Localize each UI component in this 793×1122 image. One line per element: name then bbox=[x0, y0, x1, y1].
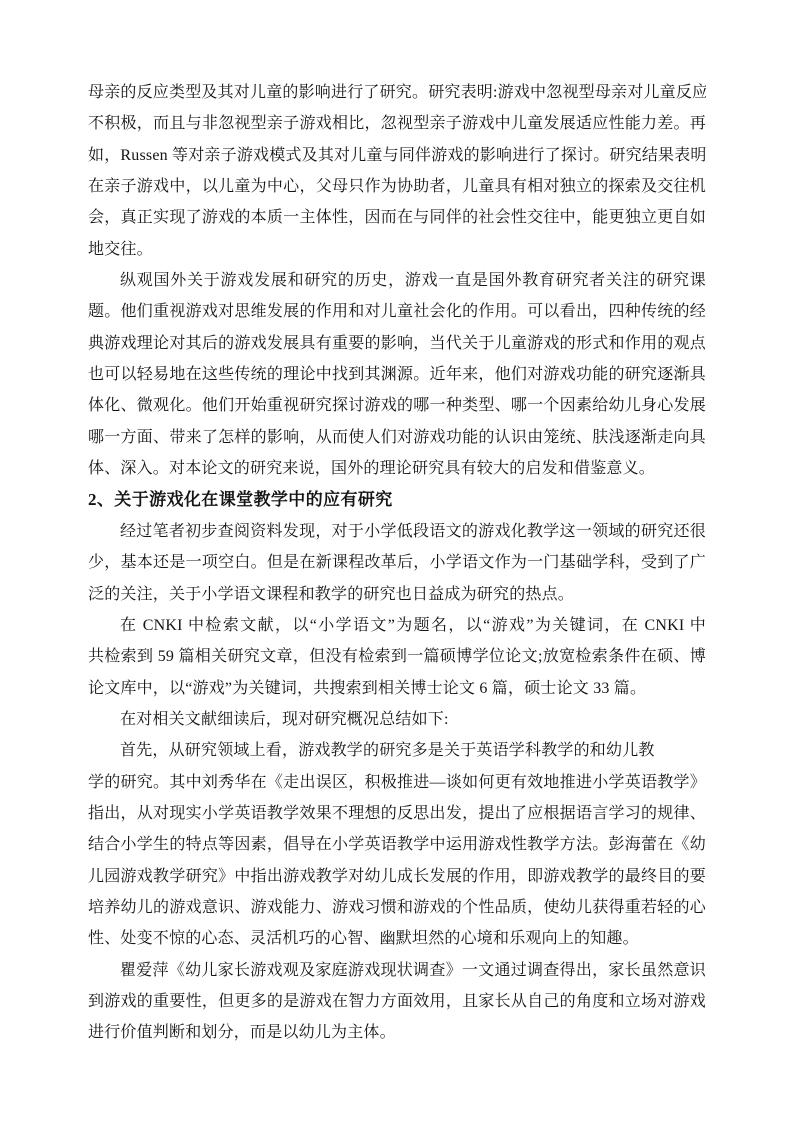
text-line: 到游戏的重要性，但更多的是游戏在智力方面效用，且家长从自己的角度和立场对游戏 bbox=[88, 986, 706, 1017]
text-line: 不积极，而且与非忽视型亲子游戏相比，忽视型亲子游戏中儿童发展适应性能力差。再 bbox=[88, 108, 706, 139]
text-line: 结合小学生的特点等因素，倡导在小学英语教学中运用游戏性教学方法。彭海蕾在《幼 bbox=[88, 829, 706, 860]
text-line: 体化、微观化。他们开始重视研究探讨游戏的哪一种类型、哪一个因素给幼儿身心发展 bbox=[88, 390, 706, 421]
document-body: 母亲的反应类型及其对儿童的影响进行了研究。研究表明:游戏中忽视型母亲对儿童反应不… bbox=[88, 77, 706, 1049]
text-line: 进行价值判断和划分，而是以幼儿为主体。 bbox=[88, 1017, 706, 1048]
text-line: 会，真正实现了游戏的本质一主体性，因而在与同伴的社会性交往中，能更独立更自如 bbox=[88, 202, 706, 233]
text-line: 性、处变不惊的心态、灵活机巧的心智、幽默坦然的心境和乐观向上的知趣。 bbox=[88, 923, 706, 954]
section-heading: 2、关于游戏化在课堂教学中的应有研究 bbox=[88, 484, 706, 515]
text-line: 纵观国外关于游戏发展和研究的历史，游戏一直是国外教育研究者关注的研究课 bbox=[88, 265, 706, 296]
text-line: 题。他们重视游戏对思维发展的作用和对儿童社会化的作用。可以看出，四种传统的经 bbox=[88, 296, 706, 327]
text-line: 在对相关文献细读后，现对研究概况总结如下: bbox=[88, 704, 706, 735]
text-line: 共检索到 59 篇相关研究文章，但没有检索到一篇硕博学位论文;放宽检索条件在硕、… bbox=[88, 641, 706, 672]
text-line: 经过笔者初步查阅资料发现，对于小学低段语文的游戏化教学这一领域的研究还很 bbox=[88, 516, 706, 547]
text-line: 在亲子游戏中，以儿童为中心，父母只作为协助者，儿童具有相对独立的探索及交往机 bbox=[88, 171, 706, 202]
text-line: 体、深入。对本论文的研究来说，国外的理论研究具有较大的启发和借鉴意义。 bbox=[88, 453, 706, 484]
text-line: 论文库中，以“游戏”为关键词，共搜索到相关博士论文 6 篇，硕士论文 33 篇。 bbox=[88, 673, 706, 704]
document-page: 母亲的反应类型及其对儿童的影响进行了研究。研究表明:游戏中忽视型母亲对儿童反应不… bbox=[0, 0, 793, 1122]
text-line: 哪一方面、带来了怎样的影响，从而使人们对游戏功能的认识由笼统、肤浅逐渐走向具 bbox=[88, 422, 706, 453]
text-line: 少，基本还是一项空白。但是在新课程改革后，小学语文作为一门基础学科，受到了广 bbox=[88, 547, 706, 578]
text-line: 母亲的反应类型及其对儿童的影响进行了研究。研究表明:游戏中忽视型母亲对儿童反应 bbox=[88, 77, 706, 108]
text-line: 泛的关注，关于小学语文课程和教学的研究也日益成为研究的热点。 bbox=[88, 579, 706, 610]
text-line: 如，Russen 等对亲子游戏模式及其对儿童与同伴游戏的影响进行了探讨。研究结果… bbox=[88, 140, 706, 171]
text-line: 也可以轻易地在这些传统的理论中找到其渊源。近年来，他们对游戏功能的研究逐渐具 bbox=[88, 359, 706, 390]
text-line: 指出，从对现实小学英语教学效果不理想的反思出发，提出了应根据语言学习的规律、 bbox=[88, 798, 706, 829]
text-line: 在 CNKI 中检索文献，以“小学语文”为题名，以“游戏”为关键词，在 CNKI… bbox=[88, 610, 706, 641]
text-line: 首先，从研究领域上看，游戏教学的研究多是关于英语学科教学的和幼儿教 bbox=[88, 735, 706, 766]
text-line: 培养幼儿的游戏意识、游戏能力、游戏习惯和游戏的个性品质，使幼儿获得重若轻的心 bbox=[88, 892, 706, 923]
text-line: 地交往。 bbox=[88, 234, 706, 265]
text-line: 瞿爱萍《幼儿家长游戏观及家庭游戏现状调查》一文通过调查得出，家长虽然意识 bbox=[88, 955, 706, 986]
text-line: 儿园游戏教学研究》中指出游戏教学对幼儿成长发展的作用，即游戏教学的最终目的要 bbox=[88, 861, 706, 892]
text-line: 典游戏理论对其后的游戏发展具有重要的影响，当代关于儿童游戏的形式和作用的观点 bbox=[88, 328, 706, 359]
text-line: 学的研究。其中刘秀华在《走出误区，积极推进—谈如何更有效地推进小学英语教学》 bbox=[88, 767, 706, 798]
